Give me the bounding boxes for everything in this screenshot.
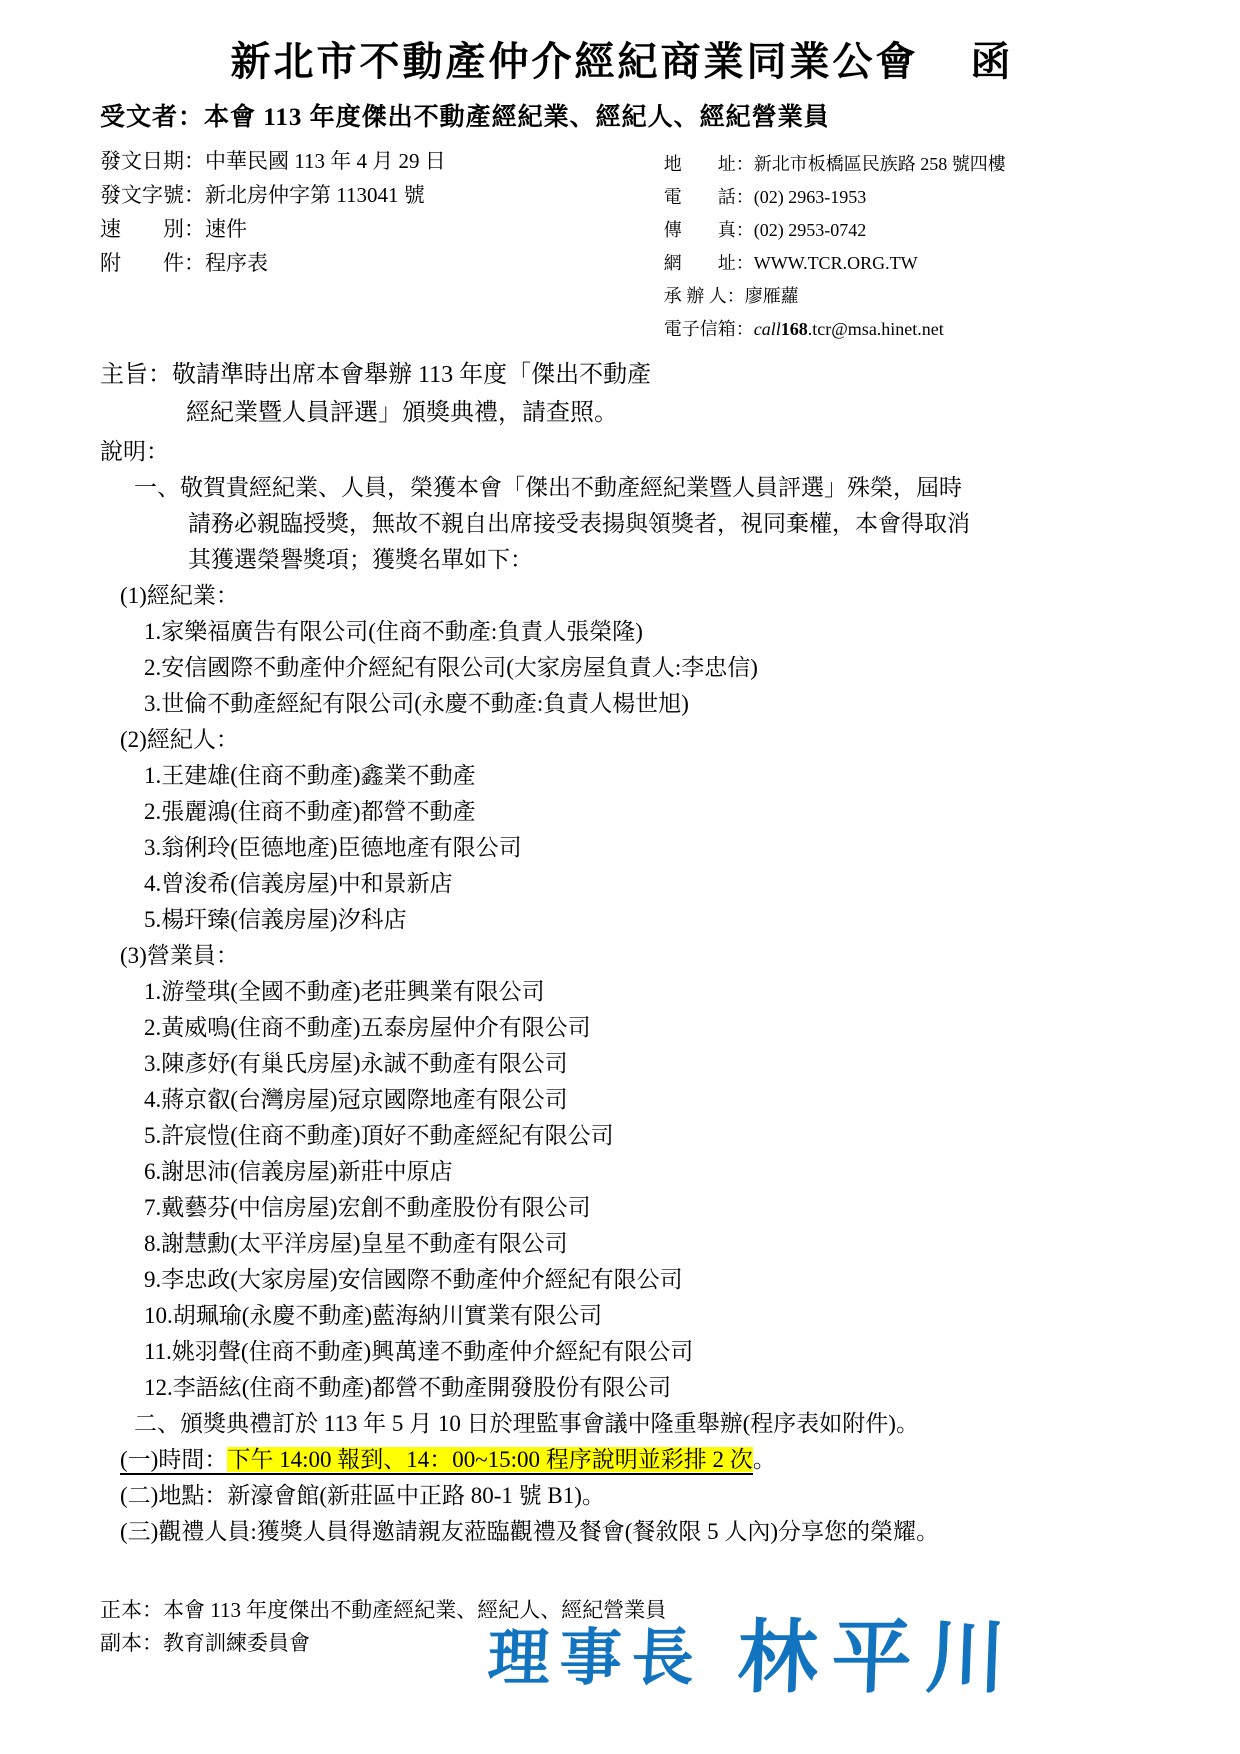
association-name: 新北市不動產仲介經紀商業同業公會 bbox=[231, 39, 919, 84]
issue-number-row: 發文字號：新北房仲字第 113041 號 bbox=[100, 178, 664, 212]
website-value: WWW.TCR.ORG.TW bbox=[754, 253, 918, 273]
awardee-item: 1.王建雄(住商不動產)鑫業不動產 bbox=[100, 758, 1144, 794]
subject-text-1: 敬請準時出席本會舉辦 113 年度「傑出不動產 bbox=[172, 362, 651, 388]
attachment-label: 附 件： bbox=[100, 251, 205, 275]
email-row: 電子信箱：call168.tcr@msa.hinet.net bbox=[664, 313, 1144, 346]
fax-value: (02) 2953-0742 bbox=[754, 220, 866, 240]
signature-title: 理事長 bbox=[487, 1625, 705, 1693]
explanation-item-1-line-1: 一、敬賀貴經紀業、人員，榮獲本會「傑出不動產經紀業暨人員評選」殊榮，屆時 bbox=[100, 470, 1144, 506]
awardee-item: 7.戴藝芬(中信房屋)宏創不動產股份有限公司 bbox=[100, 1190, 1144, 1226]
group-broker-heading: (2)經紀人： bbox=[100, 722, 1144, 758]
issue-info: 發文日期：中華民國 113 年 4 月 29 日 發文字號：新北房仲字第 113… bbox=[100, 144, 664, 346]
official-letter-page: 新北市不動產仲介經紀商業同業公會函 受文者：本會 113 年度傑出不動產經紀業、… bbox=[0, 0, 1240, 1754]
letter-title: 新北市不動產仲介經紀商業同業公會函 bbox=[100, 36, 1144, 88]
ceremony-venue-line: (二)地點：新濠會館(新莊區中正路 80-1 號 B1)。 bbox=[100, 1478, 1144, 1514]
website-row: 網 址：WWW.TCR.ORG.TW bbox=[664, 247, 1144, 280]
recipient-value: 本會 113 年度傑出不動產經紀業、經紀人、經紀營業員 bbox=[204, 104, 830, 131]
letter-type: 函 bbox=[971, 39, 1014, 84]
contact-person-label: 承 辦 人： bbox=[664, 286, 745, 306]
time-highlighted-text: 下午 14:00 報到、14：00~15:00 程序說明並彩排 2 次 bbox=[227, 1447, 752, 1472]
subject-label: 主旨： bbox=[100, 362, 172, 388]
awardee-item: 4.蔣京叡(台灣房屋)冠京國際地產有限公司 bbox=[100, 1082, 1144, 1118]
phone-row: 電 話：(02) 2963-1953 bbox=[664, 181, 1144, 214]
explanation-item-1-line-3: 其獲選榮譽獎項；獲獎名單如下： bbox=[100, 542, 1144, 578]
fax-row: 傳 真：(02) 2953-0742 bbox=[664, 214, 1144, 247]
website-label: 網 址： bbox=[664, 253, 754, 273]
explanation-label: 說明： bbox=[100, 434, 1144, 470]
ceremony-guests-line: (三)觀禮人員:獲獎人員得邀請親友蒞臨觀禮及餐會(餐敘限 5 人內)分享您的榮耀… bbox=[100, 1514, 1144, 1550]
phone-value: (02) 2963-1953 bbox=[754, 187, 866, 207]
time-underlined: (一)時間：下午 14:00 報到、14：00~15:00 程序說明並彩排 2 … bbox=[120, 1447, 753, 1475]
time-suffix: 。 bbox=[753, 1447, 776, 1472]
awardee-item: 12.李語絃(住商不動產)都營不動產開發股份有限公司 bbox=[100, 1370, 1144, 1406]
priority-value: 速件 bbox=[205, 217, 247, 241]
awardee-item: 10.胡珮瑜(永慶不動產)藍海納川實業有限公司 bbox=[100, 1298, 1144, 1334]
explanation-item-2: 二、頒獎典禮訂於 113 年 5 月 10 日於理監事會議中隆重舉辦(程序表如附… bbox=[100, 1406, 1144, 1442]
awardee-item: 3.翁俐玲(臣德地產)臣德地產有限公司 bbox=[100, 830, 1144, 866]
awardee-item: 1.家樂福廣告有限公司(住商不動產:負責人張榮隆) bbox=[100, 614, 1144, 650]
explanation-section: 說明： 一、敬賀貴經紀業、人員，榮獲本會「傑出不動產經紀業暨人員評選」殊榮，屆時… bbox=[100, 434, 1144, 1550]
phone-label: 電 話： bbox=[664, 187, 754, 207]
address-label: 地 址： bbox=[664, 154, 754, 174]
awardee-item: 1.游瑩琪(全國不動產)老莊興業有限公司 bbox=[100, 974, 1144, 1010]
awardee-item: 2.安信國際不動產仲介經紀有限公司(大家房屋負責人:李忠信) bbox=[100, 650, 1144, 686]
awardee-item: 5.許宸愷(住商不動產)頂好不動產經紀有限公司 bbox=[100, 1118, 1144, 1154]
ceremony-time-line: (一)時間：下午 14:00 報到、14：00~15:00 程序說明並彩排 2 … bbox=[100, 1442, 1144, 1478]
email-label: 電子信箱： bbox=[664, 319, 754, 339]
email-italic-part: call bbox=[754, 319, 781, 339]
attachment-value: 程序表 bbox=[205, 251, 268, 275]
contact-info: 地 址：新北市板橋區民族路 258 號四樓 電 話：(02) 2963-1953… bbox=[664, 144, 1144, 346]
issue-number-value: 新北房仲字第 113041 號 bbox=[205, 183, 425, 207]
email-rest-part: .tcr@msa.hinet.net bbox=[808, 319, 944, 339]
awardee-item: 3.世倫不動產經紀有限公司(永慶不動產:負責人楊世旭) bbox=[100, 686, 1144, 722]
time-label: (一)時間： bbox=[120, 1447, 227, 1472]
issue-number-label: 發文字號： bbox=[100, 183, 205, 207]
contact-person-value: 廖雁蘿 bbox=[745, 286, 799, 306]
priority-label: 速 別： bbox=[100, 217, 205, 241]
group-brokerage-heading: (1)經紀業： bbox=[100, 578, 1144, 614]
issue-date-label: 發文日期： bbox=[100, 149, 205, 173]
awardee-item: 6.謝思沛(信義房屋)新莊中原店 bbox=[100, 1154, 1144, 1190]
issue-date-row: 發文日期：中華民國 113 年 4 月 29 日 bbox=[100, 144, 664, 178]
awardee-item: 4.曾浚希(信義房屋)中和景新店 bbox=[100, 866, 1144, 902]
awardee-item: 2.張麗鴻(住商不動產)都營不動產 bbox=[100, 794, 1144, 830]
subject-block: 主旨：敬請準時出席本會舉辦 113 年度「傑出不動產 經紀業暨人員評選」頒獎典禮… bbox=[100, 356, 1144, 432]
awardee-item: 9.李忠政(大家房屋)安信國際不動產仲介經紀有限公司 bbox=[100, 1262, 1144, 1298]
email-bold-part: 168 bbox=[781, 319, 808, 339]
signature: 理事長林平川 bbox=[486, 1593, 1022, 1708]
contact-person-row: 承 辦 人：廖雁蘿 bbox=[664, 280, 1144, 313]
letter-meta: 發文日期：中華民國 113 年 4 月 29 日 發文字號：新北房仲字第 113… bbox=[100, 144, 1144, 346]
issue-date-value: 中華民國 113 年 4 月 29 日 bbox=[205, 149, 446, 173]
item-1-text-1: 敬賀貴經紀業、人員，榮獲本會「傑出不動產經紀業暨人員評選」殊榮，屆時 bbox=[180, 475, 962, 500]
attachment-row: 附 件：程序表 bbox=[100, 246, 664, 280]
recipient-line: 受文者：本會 113 年度傑出不動產經紀業、經紀人、經紀營業員 bbox=[100, 100, 1144, 136]
awardee-item: 3.陳彥妤(有巢氏房屋)永誠不動產有限公司 bbox=[100, 1046, 1144, 1082]
address-value: 新北市板橋區民族路 258 號四樓 bbox=[754, 154, 1006, 174]
priority-row: 速 別：速件 bbox=[100, 212, 664, 246]
subject-line-1: 主旨：敬請準時出席本會舉辦 113 年度「傑出不動產 bbox=[100, 356, 1144, 394]
awardee-item: 5.楊玕臻(信義房屋)汐科店 bbox=[100, 902, 1144, 938]
subject-text-2: 經紀業暨人員評選」頒獎典禮，請查照。 bbox=[100, 394, 1144, 432]
fax-label: 傳 真： bbox=[664, 220, 754, 240]
awardee-item: 8.謝慧勳(太平洋房屋)皇星不動產有限公司 bbox=[100, 1226, 1144, 1262]
address-row: 地 址：新北市板橋區民族路 258 號四樓 bbox=[664, 148, 1144, 181]
recipient-label: 受文者： bbox=[100, 104, 204, 131]
awardee-item: 2.黃威鳴(住商不動產)五泰房屋仲介有限公司 bbox=[100, 1010, 1144, 1046]
signature-name: 林平川 bbox=[736, 1615, 1021, 1703]
awardee-item: 11.姚羽聲(住商不動產)興萬達不動產仲介經紀有限公司 bbox=[100, 1334, 1144, 1370]
explanation-item-1-line-2: 請務必親臨授獎，無故不親自出席接受表揚與領獎者，視同棄權，本會得取消 bbox=[100, 506, 1144, 542]
item-1-number: 一、 bbox=[134, 475, 180, 500]
group-salesperson-heading: (3)營業員： bbox=[100, 938, 1144, 974]
